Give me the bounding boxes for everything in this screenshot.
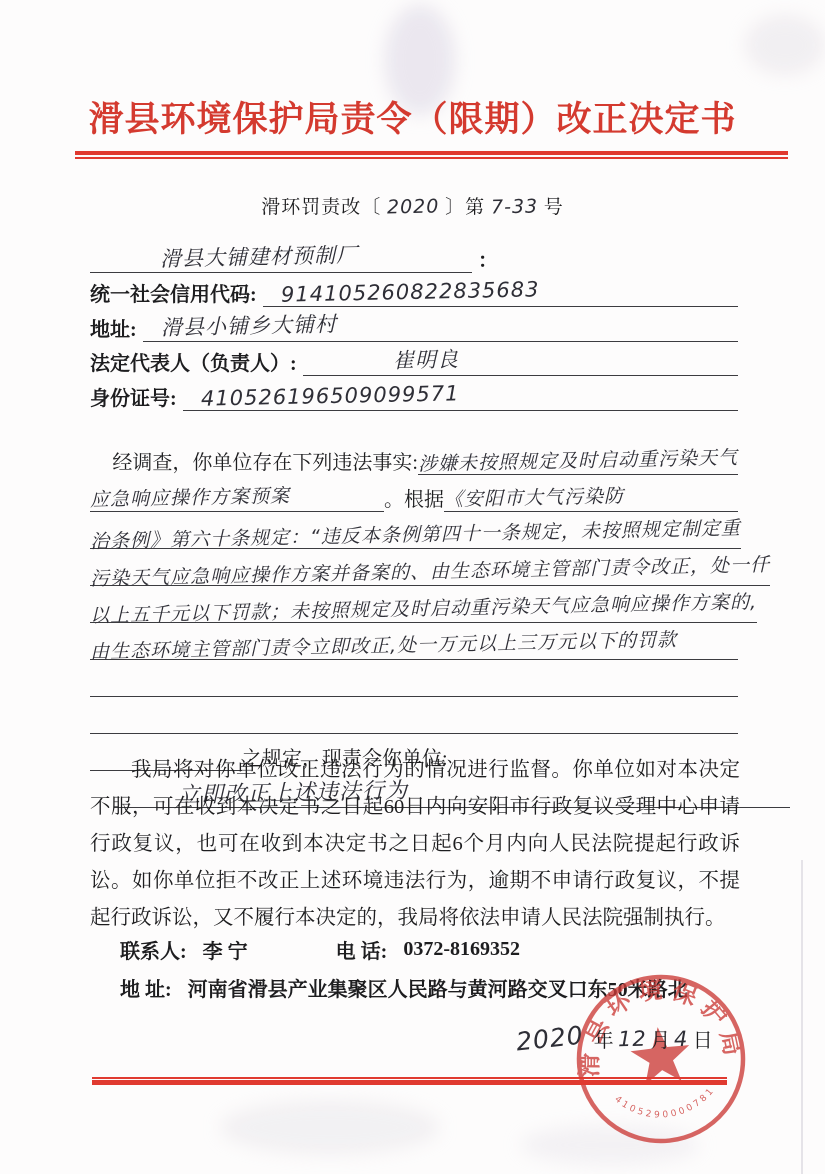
date-month-suffix: 月 bbox=[650, 1024, 670, 1053]
date-month-handwritten: 12 bbox=[617, 1026, 646, 1051]
facts-line-4: 污染天气应急响应操作方案并备案的、由生态环境主管部门责令改正，处一仟 bbox=[90, 549, 738, 586]
scan-smudge bbox=[745, 15, 825, 75]
field-row-id-number: 身份证号: 410526196509099571 bbox=[90, 376, 738, 411]
date-day-handwritten: 4 bbox=[674, 1026, 689, 1050]
field-row-address: 地址: 滑县小铺乡大铺村 bbox=[90, 307, 738, 342]
recipient-name-blank: 滑县大铺建材预制厂 bbox=[90, 241, 472, 273]
facts-empty-line-2 bbox=[90, 697, 738, 734]
field-row-credit-code: 统一社会信用代码: 914105260822835683 bbox=[90, 273, 738, 308]
empty-blank-line bbox=[90, 732, 738, 734]
facts-blank-2a: 应急响应操作方案预案 bbox=[90, 483, 384, 512]
facts-line-1: 经调查，你单位存在下列违法事实: 涉嫌未按照规定及时启动重污染天气 bbox=[90, 438, 738, 475]
contact-address-label: 地 址: bbox=[120, 973, 172, 1002]
facts-blank-5: 以上五千元以下罚款；未按照规定及时启动重污染天气应急响应操作方案的, bbox=[90, 594, 757, 623]
address-label: 地址: bbox=[90, 313, 143, 342]
id-number-label: 身份证号: bbox=[90, 382, 183, 411]
facts-blank-2b: 《安阳市大气污染防 bbox=[444, 483, 738, 512]
date-year-suffix: 年 bbox=[594, 1024, 614, 1053]
facts-blank-4: 污染天气应急响应操作方案并备案的、由生态环境主管部门责令改正，处一仟 bbox=[90, 557, 770, 586]
recipient-form: 滑县大铺建材预制厂 ： 统一社会信用代码: 914105260822835683… bbox=[90, 238, 738, 411]
docnum-mid: 〕第 bbox=[445, 197, 485, 218]
address-handwritten: 滑县小铺乡大铺村 bbox=[160, 308, 337, 342]
document-number: 滑环罚责改〔 2020 〕第 7-33 号 bbox=[0, 192, 825, 219]
facts-lead: 经调查，你单位存在下列违法事实: bbox=[112, 446, 418, 475]
official-seal: 滑县环境保护局 4105290000781 bbox=[570, 968, 752, 1150]
empty-blank-line bbox=[90, 695, 738, 697]
facts-handwritten-2a: 应急响应操作方案预案 bbox=[90, 481, 291, 512]
contact-phone: 0372-8169352 bbox=[403, 938, 520, 961]
facts-line-5: 以上五千元以下罚款；未按照规定及时启动重污染天气应急响应操作方案的, bbox=[90, 586, 738, 623]
facts-empty-line-1 bbox=[90, 660, 738, 697]
contact-person-row: 联系人: 李 宁 电 话: 0372-8169352 bbox=[120, 930, 740, 968]
facts-line-2: 应急响应操作方案预案 。根据 《安阳市大气污染防 bbox=[90, 475, 738, 512]
credit-code-label: 统一社会信用代码: bbox=[90, 278, 263, 307]
date-year-handwritten: 2020 bbox=[515, 1021, 585, 1057]
docnum-number-handwritten: 7-33 bbox=[491, 196, 539, 219]
document-title: 滑县环境保护局责令（限期）改正决定书 bbox=[0, 92, 825, 142]
recipient-company-handwritten: 滑县大铺建材预制厂 bbox=[160, 238, 359, 272]
scan-smudge bbox=[220, 1100, 440, 1155]
facts-line-3: 治条例》第六十条规定：“违反本条例第四十一条规定，未按照规定制定重 bbox=[90, 512, 738, 549]
facts-handwritten-3: 治条例》第六十条规定：“违反本条例第四十一条规定，未按照规定制定重 bbox=[90, 513, 741, 554]
field-row-legal-representative: 法定代表人（负责人）: 崔明良 bbox=[90, 342, 738, 377]
id-number-blank: 410526196509099571 bbox=[183, 384, 738, 411]
docnum-year-handwritten: 2020 bbox=[387, 195, 440, 218]
facts-printed-genju: 。根据 bbox=[384, 483, 444, 512]
legal-representative-blank: 崔明良 bbox=[303, 344, 738, 376]
facts-handwritten-4: 污染天气应急响应操作方案并备案的、由生态环境主管部门责令改正，处一仟 bbox=[90, 550, 770, 591]
facts-blank-3: 治条例》第六十条规定：“违反本条例第四十一条规定，未按照规定制定重 bbox=[90, 520, 741, 549]
docnum-prefix: 滑环罚责改〔 bbox=[261, 197, 381, 218]
paper-crease bbox=[801, 860, 803, 1174]
id-number-handwritten: 410526196509099571 bbox=[200, 381, 459, 410]
credit-code-handwritten: 914105260822835683 bbox=[280, 277, 539, 306]
scanned-document-page: 滑县环境保护局责令（限期）改正决定书 滑环罚责改〔 2020 〕第 7-33 号… bbox=[0, 0, 825, 1174]
facts-handwritten-2b: 《安阳市大气污染防 bbox=[444, 481, 625, 512]
contact-person-label: 联系人: bbox=[120, 935, 187, 964]
facts-line-6: 由生态环境主管部门责令立即改正,处一万元以上三万元以下的罚款 bbox=[90, 623, 738, 660]
docnum-suffix: 号 bbox=[544, 197, 564, 218]
footer-red-rule bbox=[92, 1077, 727, 1085]
facts-handwritten-6: 由生态环境主管部门责令立即改正,处一万元以上三万元以下的罚款 bbox=[90, 625, 677, 664]
credit-code-blank: 914105260822835683 bbox=[263, 280, 738, 307]
svg-text:4105290000781: 4105290000781 bbox=[612, 1084, 720, 1125]
legal-representative-label: 法定代表人（负责人）: bbox=[90, 347, 303, 376]
contact-phone-label: 电 话: bbox=[336, 935, 388, 964]
contact-person: 李 宁 bbox=[203, 935, 248, 964]
date-line: 2020 年 12 月 4 日 bbox=[516, 1024, 716, 1053]
facts-handwritten-5: 以上五千元以下罚款；未按照规定及时启动重污染天气应急响应操作方案的, bbox=[90, 587, 757, 628]
seal-code: 4105290000781 bbox=[612, 1084, 720, 1125]
address-blank: 滑县小铺乡大铺村 bbox=[143, 310, 738, 342]
facts-blank-6: 由生态环境主管部门责令立即改正,处一万元以上三万元以下的罚款 bbox=[90, 631, 738, 660]
recipient-colon: ： bbox=[472, 244, 498, 273]
date-day-suffix: 日 bbox=[693, 1024, 713, 1053]
recipient-name-row: 滑县大铺建材预制厂 ： bbox=[90, 238, 738, 273]
header-red-rule bbox=[75, 151, 788, 159]
legal-representative-handwritten: 崔明良 bbox=[392, 343, 459, 374]
facts-handwritten-1: 涉嫌未按照规定及时启动重污染天气 bbox=[418, 443, 739, 477]
supervision-paragraph: 我局将对你单位改正违法行为的情况进行监督。你单位如对本决定不服，可在收到本决定书… bbox=[90, 752, 740, 937]
facts-blank-1: 涉嫌未按照规定及时启动重污染天气 bbox=[418, 446, 738, 475]
